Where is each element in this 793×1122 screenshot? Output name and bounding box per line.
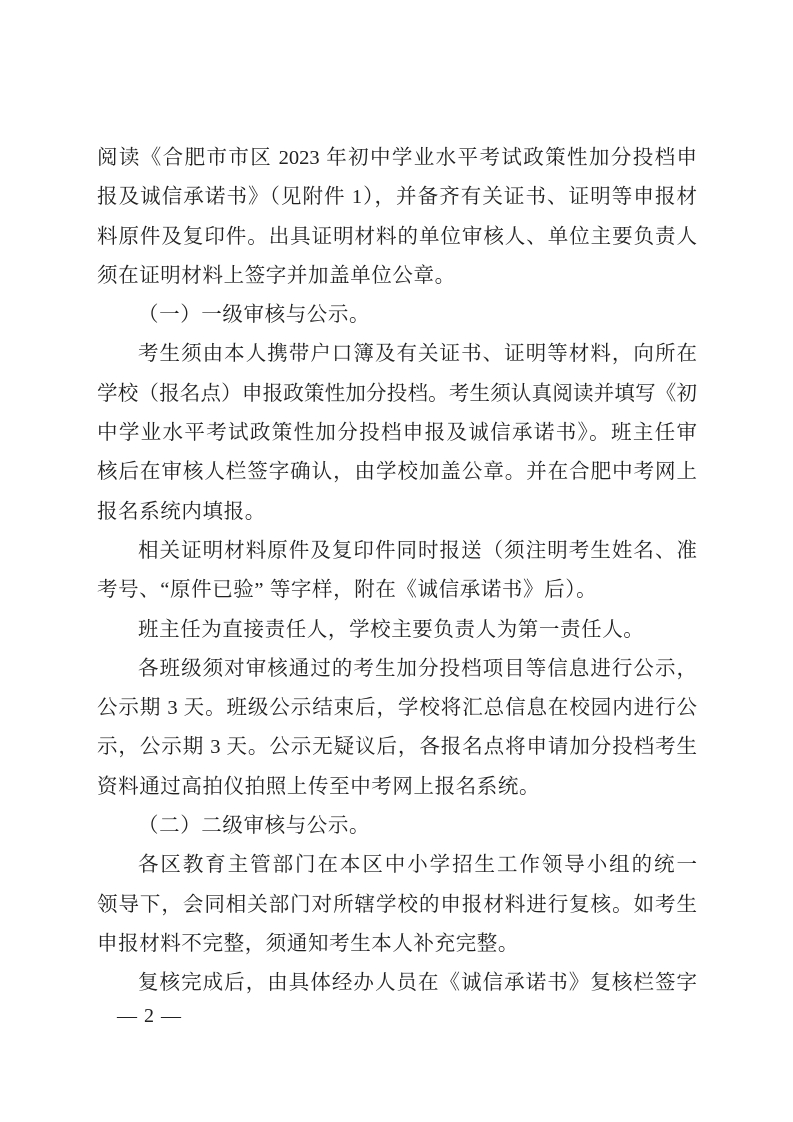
- text-line: 申报材料不完整，须通知考生本人补充完整。: [97, 925, 697, 964]
- text-line: 须在证明材料上签字并加盖单位公章。: [97, 257, 697, 296]
- text-line: 复核完成后，由具体经办人员在《诚信承诺书》复核栏签字: [97, 964, 697, 1003]
- text-line: 各区教育主管部门在本区中小学招生工作领导小组的统一: [97, 846, 697, 885]
- text-line: 资料通过高拍仪拍照上传至中考网上报名系统。: [97, 768, 697, 807]
- text-line: 领导下，会同相关部门对所辖学校的申报材料进行复核。如考生: [97, 886, 697, 925]
- text-line: 料原件及复印件。出具证明材料的单位审核人、单位主要负责人: [97, 218, 697, 257]
- text-line: 班主任为直接责任人，学校主要负责人为第一责任人。: [97, 611, 697, 650]
- text-line: 相关证明材料原件及复印件同时报送（须注明考生姓名、准: [97, 532, 697, 571]
- text-line: 公示期 3 天。班级公示结束后，学校将汇总信息在校园内进行公: [97, 689, 697, 728]
- text-line: 报及诚信承诺书》（见附件 1），并备齐有关证书、证明等申报材: [97, 178, 697, 217]
- text-line: 示，公示期 3 天。公示无疑议后，各报名点将申请加分投档考生: [97, 728, 697, 767]
- section-heading-line: （二）二级审核与公示。: [97, 807, 697, 846]
- text-line: 考号、“原件已验” 等字样，附在《诚信承诺书》后）。: [97, 571, 697, 610]
- text-line: 阅读《合肥市市区 2023 年初中学业水平考试政策性加分投档申: [97, 139, 697, 178]
- section-heading-line: （一）一级审核与公示。: [97, 296, 697, 335]
- text-line: 考生须由本人携带户口簿及有关证书、证明等材料，向所在: [97, 335, 697, 374]
- text-line: 核后在审核人栏签字确认，由学校加盖公章。并在合肥中考网上: [97, 453, 697, 492]
- text-line: 中学业水平考试政策性加分投档申报及诚信承诺书》。班主任审: [97, 414, 697, 453]
- text-line: 各班级须对审核通过的考生加分投档项目等信息进行公示，: [97, 650, 697, 689]
- text-line: 报名系统内填报。: [97, 493, 697, 532]
- text-line: 学校（报名点）申报政策性加分投档。考生须认真阅读并填写《初: [97, 375, 697, 414]
- document-page: 阅读《合肥市市区 2023 年初中学业水平考试政策性加分投档申 报及诚信承诺书》…: [0, 0, 793, 1122]
- document-body: 阅读《合肥市市区 2023 年初中学业水平考试政策性加分投档申 报及诚信承诺书》…: [97, 139, 697, 1004]
- page-number: — 2 —: [117, 1000, 182, 1032]
